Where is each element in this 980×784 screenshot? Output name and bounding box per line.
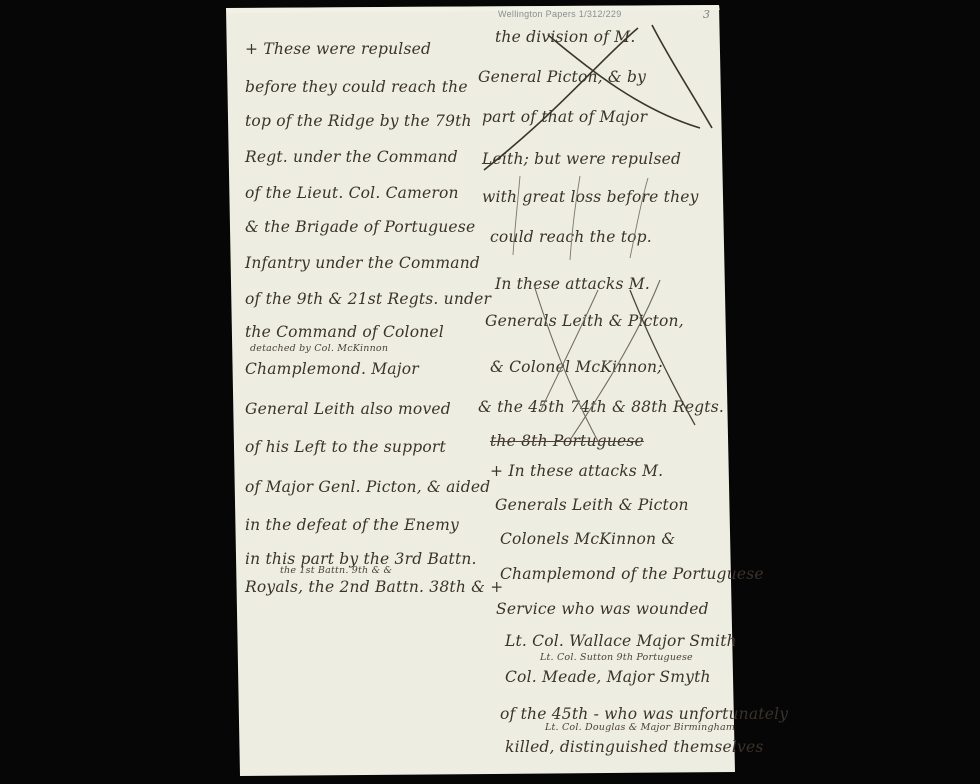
text-line: Col. Meade, Major Smyth <box>505 668 711 686</box>
interlinear-note: Lt. Col. Sutton 9th Portuguese <box>540 652 693 663</box>
text-line: with great loss before they <box>482 188 699 206</box>
text-line: killed, distinguished themselves <box>505 738 764 756</box>
text-line: part of that of Major <box>482 108 647 126</box>
text-line: + In these attacks M. <box>490 462 663 480</box>
text-line: of the Lieut. Col. Cameron <box>245 184 459 202</box>
struck-text-line: the 8th Portuguese <box>490 432 644 450</box>
text-line: before they could reach the <box>245 78 468 96</box>
text-line: Champlemond. Major <box>245 360 419 378</box>
text-line: of the 45th - who was unfortunately <box>500 705 788 723</box>
text-line: In these attacks M. <box>495 275 650 293</box>
text-line: Generals Leith & Picton, <box>485 312 684 330</box>
text-line: Service who was wounded <box>496 600 709 618</box>
text-line: of the 9th & 21st Regts. under <box>245 290 491 308</box>
interlinear-note: detached by Col. McKinnon <box>250 343 388 354</box>
archive-reference-stamp: Wellington Papers 1/312/229 <box>498 9 622 19</box>
page-number: 3 <box>703 8 710 21</box>
text-line: the Command of Colonel <box>245 323 444 341</box>
text-line: Regt. under the Command <box>245 148 458 166</box>
text-line: Lt. Col. Wallace Major Smith <box>505 632 737 650</box>
text-line: Leith; but were repulsed <box>482 150 681 168</box>
text-line: Champlemond of the Portuguese <box>500 565 764 583</box>
text-line: Colonels McKinnon & <box>500 530 675 548</box>
text-line: Generals Leith & Picton <box>495 496 689 514</box>
text-line: Infantry under the Command <box>245 254 480 272</box>
interlinear-note: Lt. Col. Douglas & Major Birmingham <box>545 722 735 733</box>
interlinear-note: the 1st Battn. 9th & & <box>280 565 392 576</box>
text-line: & Colonel McKinnon; <box>490 358 663 376</box>
text-line: + These were repulsed <box>245 40 431 58</box>
text-line: in the defeat of the Enemy <box>245 516 459 534</box>
text-line: General Picton, & by <box>478 68 646 86</box>
text-line: General Leith also moved <box>245 400 451 418</box>
text-line: & the 45th 74th & 88th Regts. <box>478 398 724 416</box>
text-line: the division of M. <box>495 28 635 46</box>
document-viewer: Wellington Papers 1/312/229 3 + These we… <box>0 0 980 784</box>
text-line: of Major Genl. Picton, & aided <box>245 478 490 496</box>
text-line: of his Left to the support <box>245 438 446 456</box>
text-line: & the Brigade of Portuguese <box>245 218 475 236</box>
text-line: Royals, the 2nd Battn. 38th & + <box>245 578 503 596</box>
text-line: could reach the top. <box>490 228 652 246</box>
text-line: top of the Ridge by the 79th <box>245 112 472 130</box>
